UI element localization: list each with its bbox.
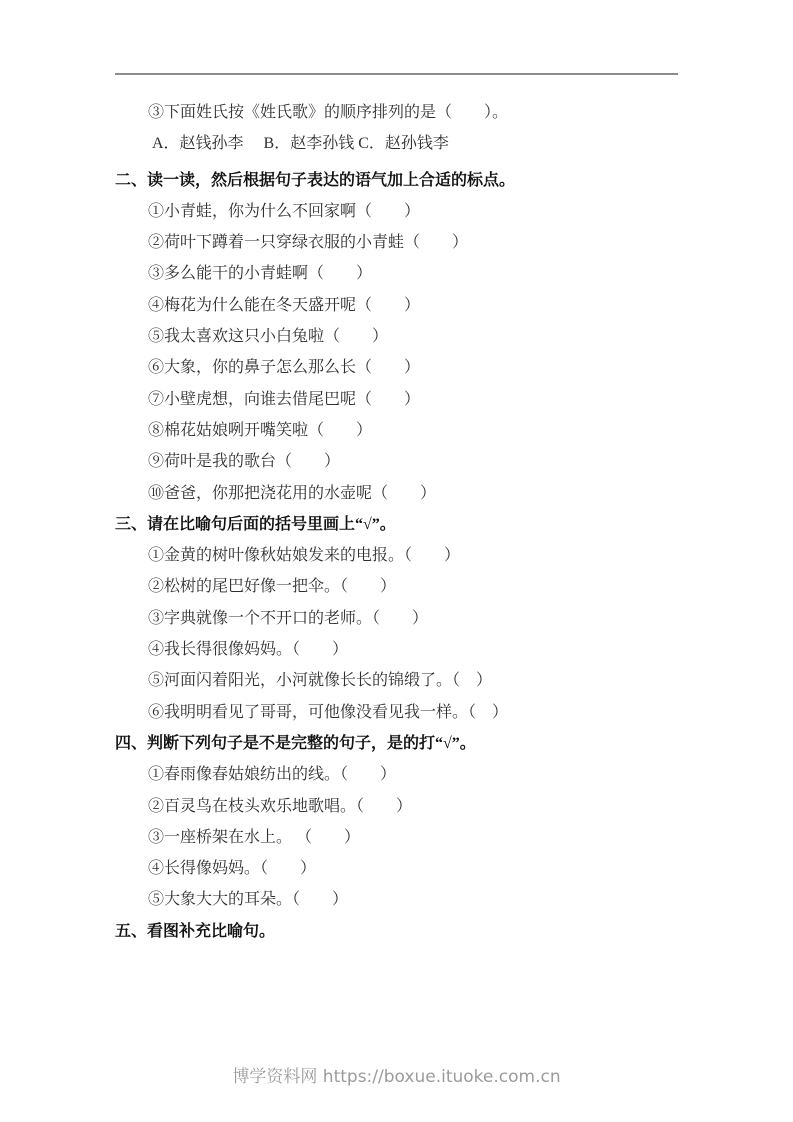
section2-item-9: ⑨荷叶是我的歌台（ ） bbox=[115, 446, 678, 477]
section3-item-2: ②松树的尾巴好像一把伞。（ ） bbox=[115, 571, 678, 602]
section4-item-4: ④长得像妈妈。（ ） bbox=[115, 853, 678, 884]
section2-item-10: ⑩爸爸，你那把浇花用的水壶呢（ ） bbox=[115, 478, 678, 509]
section3-item-3: ③字典就像一个不开口的老师。（ ） bbox=[115, 603, 678, 634]
section3-heading: 三、请在比喻句后面的括号里画上“√”。 bbox=[115, 509, 678, 540]
worksheet-body: ③下面姓氏按《姓氏歌》的顺序排列的是（ ）。 A．赵钱孙李 B．赵李孙钱 C．赵… bbox=[115, 97, 678, 947]
watermark-footer: 博学资料网 https://boxue.ituoke.com.cn bbox=[0, 1062, 793, 1087]
section4-heading: 四、判断下列句子是不是完整的句子，是的打“√”。 bbox=[115, 728, 678, 759]
intro-question: ③下面姓氏按《姓氏歌》的顺序排列的是（ ）。 bbox=[115, 97, 678, 128]
section2-item-3: ③多么能干的小青蛙啊（ ） bbox=[115, 258, 678, 289]
section3-item-1: ①金黄的树叶像秋姑娘发来的电报。（ ） bbox=[115, 540, 678, 571]
top-divider bbox=[115, 73, 678, 75]
section4-item-2: ②百灵鸟在枝头欢乐地歌唱。（ ） bbox=[115, 791, 678, 822]
section5-heading: 五、看图补充比喻句。 bbox=[115, 916, 678, 947]
section3-item-5: ⑤河面闪着阳光，小河就像长长的锦缎了。（ ） bbox=[115, 665, 678, 696]
section4-item-1: ①春雨像春姑娘纺出的线。（ ） bbox=[115, 759, 678, 790]
section4-item-5: ⑤大象大大的耳朵。（ ） bbox=[115, 884, 678, 915]
section3-item-6: ⑥我明明看见了哥哥，可他像没看见我一样。（ ） bbox=[115, 697, 678, 728]
worksheet-page: ③下面姓氏按《姓氏歌》的顺序排列的是（ ）。 A．赵钱孙李 B．赵李孙钱 C．赵… bbox=[0, 0, 793, 1122]
section2-item-2: ②荷叶下蹲着一只穿绿衣服的小青蛙（ ） bbox=[115, 227, 678, 258]
section2-item-4: ④梅花为什么能在冬天盛开呢（ ） bbox=[115, 290, 678, 321]
section2-item-5: ⑤我太喜欢这只小白兔啦（ ） bbox=[115, 321, 678, 352]
page-content: ③下面姓氏按《姓氏歌》的顺序排列的是（ ）。 A．赵钱孙李 B．赵李孙钱 C．赵… bbox=[115, 73, 678, 947]
section2-item-7: ⑦小壁虎想，向谁去借尾巴呢（ ） bbox=[115, 384, 678, 415]
section4-item-3: ③一座桥架在水上。 （ ） bbox=[115, 822, 678, 853]
section2-heading: 二、读一读，然后根据句子表达的语气加上合适的标点。 bbox=[115, 165, 678, 196]
section3-item-4: ④我长得很像妈妈。（ ） bbox=[115, 634, 678, 665]
section2-item-6: ⑥大象，你的鼻子怎么那么长（ ） bbox=[115, 352, 678, 383]
section2-item-8: ⑧棉花姑娘咧开嘴笑啦（ ） bbox=[115, 415, 678, 446]
intro-options: A．赵钱孙李 B．赵李孙钱 C．赵孙钱李 bbox=[115, 128, 678, 159]
section2-item-1: ①小青蛙，你为什么不回家啊（ ） bbox=[115, 196, 678, 227]
